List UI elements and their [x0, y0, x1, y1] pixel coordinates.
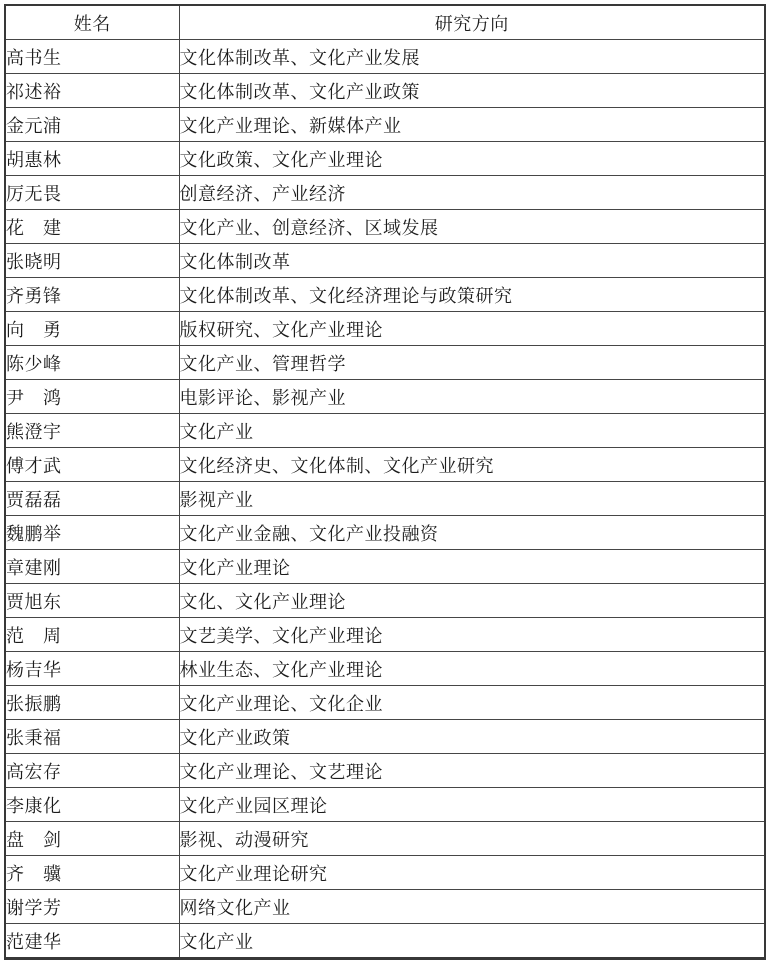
researcher-name: 张晓明: [5, 244, 179, 278]
researcher-name: 熊澄宇: [5, 414, 179, 448]
column-header-name: 姓名: [5, 5, 179, 40]
header-row: 姓名 研究方向: [5, 5, 765, 40]
research-direction: 文化体制改革: [179, 244, 765, 278]
research-directions-table: 姓名 研究方向 高书生文化体制改革、文化产业发展祁述裕文化体制改革、文化产业政策…: [4, 4, 766, 960]
research-direction: 文化产业政策: [179, 720, 765, 754]
table-row: 尹 鸿电影评论、影视产业: [5, 380, 765, 414]
table-row: 杨吉华林业生态、文化产业理论: [5, 652, 765, 686]
research-direction: 文化产业、创意经济、区域发展: [179, 210, 765, 244]
table-row: 傅才武文化经济史、文化体制、文化产业研究: [5, 448, 765, 482]
researcher-name: 高宏存: [5, 754, 179, 788]
researcher-name: 齐勇锋: [5, 278, 179, 312]
table-row: 张秉福文化产业政策: [5, 720, 765, 754]
research-direction: 文化产业园区理论: [179, 788, 765, 822]
researcher-name: 祁述裕: [5, 74, 179, 108]
researcher-name: 谢学芳: [5, 890, 179, 924]
table-row: 高宏存文化产业理论、文艺理论: [5, 754, 765, 788]
table-row: 张振鹏文化产业理论、文化企业: [5, 686, 765, 720]
researcher-name: 盘 剑: [5, 822, 179, 856]
table-row: 魏鹏举文化产业金融、文化产业投融资: [5, 516, 765, 550]
table-row: 齐 骥文化产业理论研究: [5, 856, 765, 890]
research-direction: 文化产业理论、新媒体产业: [179, 108, 765, 142]
research-direction: 文化产业、管理哲学: [179, 346, 765, 380]
table-row: 范建华文化产业: [5, 924, 765, 959]
research-direction: 文化产业金融、文化产业投融资: [179, 516, 765, 550]
table-row: 胡惠林文化政策、文化产业理论: [5, 142, 765, 176]
research-direction: 电影评论、影视产业: [179, 380, 765, 414]
table-row: 谢学芳网络文化产业: [5, 890, 765, 924]
table-row: 齐勇锋文化体制改革、文化经济理论与政策研究: [5, 278, 765, 312]
table-row: 熊澄宇文化产业: [5, 414, 765, 448]
researcher-name: 贾磊磊: [5, 482, 179, 516]
table-row: 祁述裕文化体制改革、文化产业政策: [5, 74, 765, 108]
researcher-name: 尹 鸿: [5, 380, 179, 414]
table-row: 金元浦文化产业理论、新媒体产业: [5, 108, 765, 142]
research-direction: 文化产业: [179, 414, 765, 448]
researcher-name: 范建华: [5, 924, 179, 959]
researcher-name: 贾旭东: [5, 584, 179, 618]
document-page: 姓名 研究方向 高书生文化体制改革、文化产业发展祁述裕文化体制改革、文化产业政策…: [0, 0, 770, 963]
research-direction: 网络文化产业: [179, 890, 765, 924]
research-direction: 文化产业: [179, 924, 765, 959]
research-direction: 林业生态、文化产业理论: [179, 652, 765, 686]
table-row: 贾旭东文化、文化产业理论: [5, 584, 765, 618]
research-direction: 文化产业理论研究: [179, 856, 765, 890]
research-direction: 文化产业理论、文化企业: [179, 686, 765, 720]
research-direction: 文化体制改革、文化产业政策: [179, 74, 765, 108]
researcher-name: 杨吉华: [5, 652, 179, 686]
researcher-name: 魏鹏举: [5, 516, 179, 550]
research-direction: 文化产业理论、文艺理论: [179, 754, 765, 788]
research-direction: 文化体制改革、文化产业发展: [179, 40, 765, 74]
researcher-name: 花 建: [5, 210, 179, 244]
research-direction: 文化政策、文化产业理论: [179, 142, 765, 176]
researcher-name: 金元浦: [5, 108, 179, 142]
table-row: 陈少峰文化产业、管理哲学: [5, 346, 765, 380]
researcher-name: 厉无畏: [5, 176, 179, 210]
research-direction: 文化、文化产业理论: [179, 584, 765, 618]
researcher-name: 向 勇: [5, 312, 179, 346]
table-row: 章建刚文化产业理论: [5, 550, 765, 584]
table-row: 花 建文化产业、创意经济、区域发展: [5, 210, 765, 244]
table-row: 贾磊磊影视产业: [5, 482, 765, 516]
table-row: 向 勇版权研究、文化产业理论: [5, 312, 765, 346]
table-body: 高书生文化体制改革、文化产业发展祁述裕文化体制改革、文化产业政策金元浦文化产业理…: [5, 40, 765, 959]
researcher-name: 李康化: [5, 788, 179, 822]
researcher-name: 高书生: [5, 40, 179, 74]
research-direction: 版权研究、文化产业理论: [179, 312, 765, 346]
table-row: 张晓明文化体制改革: [5, 244, 765, 278]
research-direction: 影视、动漫研究: [179, 822, 765, 856]
table-row: 范 周文艺美学、文化产业理论: [5, 618, 765, 652]
researcher-name: 胡惠林: [5, 142, 179, 176]
column-header-research-direction: 研究方向: [179, 5, 765, 40]
research-direction: 文艺美学、文化产业理论: [179, 618, 765, 652]
research-direction: 文化经济史、文化体制、文化产业研究: [179, 448, 765, 482]
table-row: 厉无畏创意经济、产业经济: [5, 176, 765, 210]
researcher-name: 张振鹏: [5, 686, 179, 720]
table-row: 李康化文化产业园区理论: [5, 788, 765, 822]
research-direction: 文化体制改革、文化经济理论与政策研究: [179, 278, 765, 312]
researcher-name: 张秉福: [5, 720, 179, 754]
research-direction: 影视产业: [179, 482, 765, 516]
table-row: 高书生文化体制改革、文化产业发展: [5, 40, 765, 74]
researcher-name: 章建刚: [5, 550, 179, 584]
researcher-name: 范 周: [5, 618, 179, 652]
research-direction: 文化产业理论: [179, 550, 765, 584]
researcher-name: 陈少峰: [5, 346, 179, 380]
research-direction: 创意经济、产业经济: [179, 176, 765, 210]
researcher-name: 傅才武: [5, 448, 179, 482]
table-row: 盘 剑影视、动漫研究: [5, 822, 765, 856]
researcher-name: 齐 骥: [5, 856, 179, 890]
